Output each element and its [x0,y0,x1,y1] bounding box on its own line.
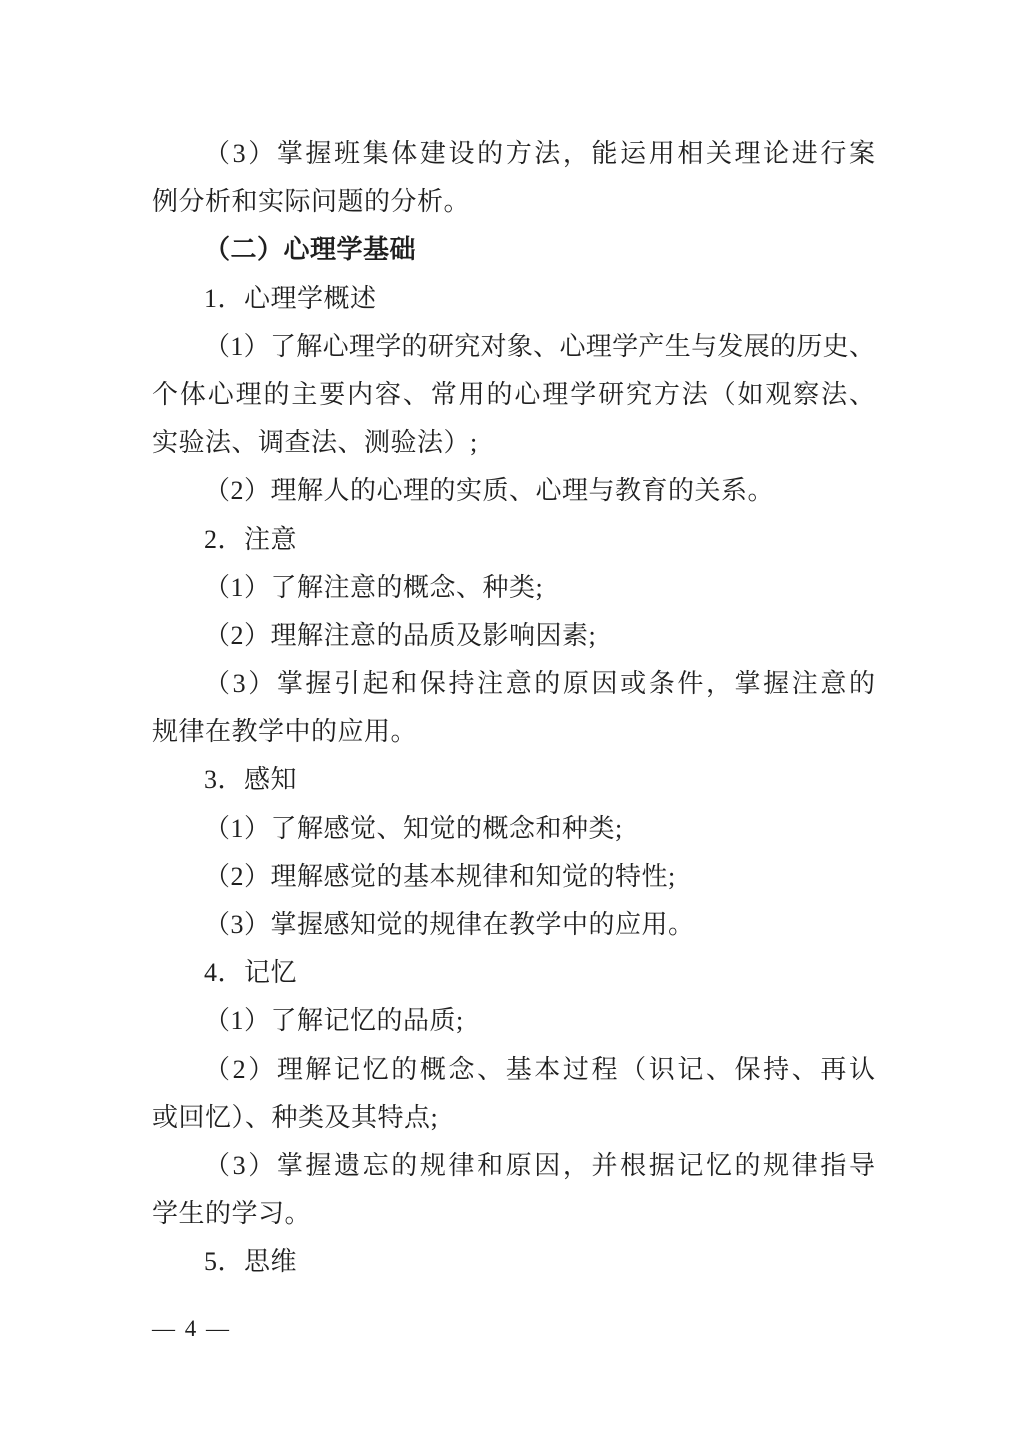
text-line: （3）掌握遗忘的规律和原因，并根据记忆的规律指导 [152,1142,875,1190]
text-line: 例分析和实际问题的分析。 [152,178,875,226]
text-line: （2）理解人的心理的实质、心理与教育的关系。 [152,467,875,515]
text-line: （2）理解感觉的基本规律和知觉的特性; [152,853,875,901]
page-number: — 4 — [152,1314,231,1344]
document-body: （3）掌握班集体建设的方法，能运用相关理论进行案例分析和实际问题的分析。（二）心… [152,130,875,1287]
text-line: （1）了解注意的概念、种类; [152,564,875,612]
text-line: （2）理解记忆的概念、基本过程（识记、保持、再认 [152,1046,875,1094]
text-line: （3）掌握班集体建设的方法，能运用相关理论进行案 [152,130,875,178]
text-line: （3）掌握引起和保持注意的原因或条件，掌握注意的 [152,660,875,708]
text-line: 3．感知 [152,756,875,804]
text-line: 1．心理学概述 [152,275,875,323]
text-line: （1）了解心理学的研究对象、心理学产生与发展的历史、 [152,323,875,371]
text-line: （二）心理学基础 [152,226,875,274]
text-line: （1）了解感觉、知觉的概念和种类; [152,805,875,853]
document-page: （3）掌握班集体建设的方法，能运用相关理论进行案例分析和实际问题的分析。（二）心… [0,0,1024,1447]
text-line: 实验法、调查法、测验法）; [152,419,875,467]
text-line: 规律在教学中的应用。 [152,708,875,756]
text-line: （2）理解注意的品质及影响因素; [152,612,875,660]
text-line: 4．记忆 [152,949,875,997]
text-line: （1）了解记忆的品质; [152,997,875,1045]
text-line: 个体心理的主要内容、常用的心理学研究方法（如观察法、 [152,371,875,419]
text-line: （3）掌握感知觉的规律在教学中的应用。 [152,901,875,949]
text-line: 学生的学习。 [152,1190,875,1238]
text-line: 5．思维 [152,1238,875,1286]
text-line: 或回忆）、种类及其特点; [152,1094,875,1142]
text-line: 2．注意 [152,516,875,564]
